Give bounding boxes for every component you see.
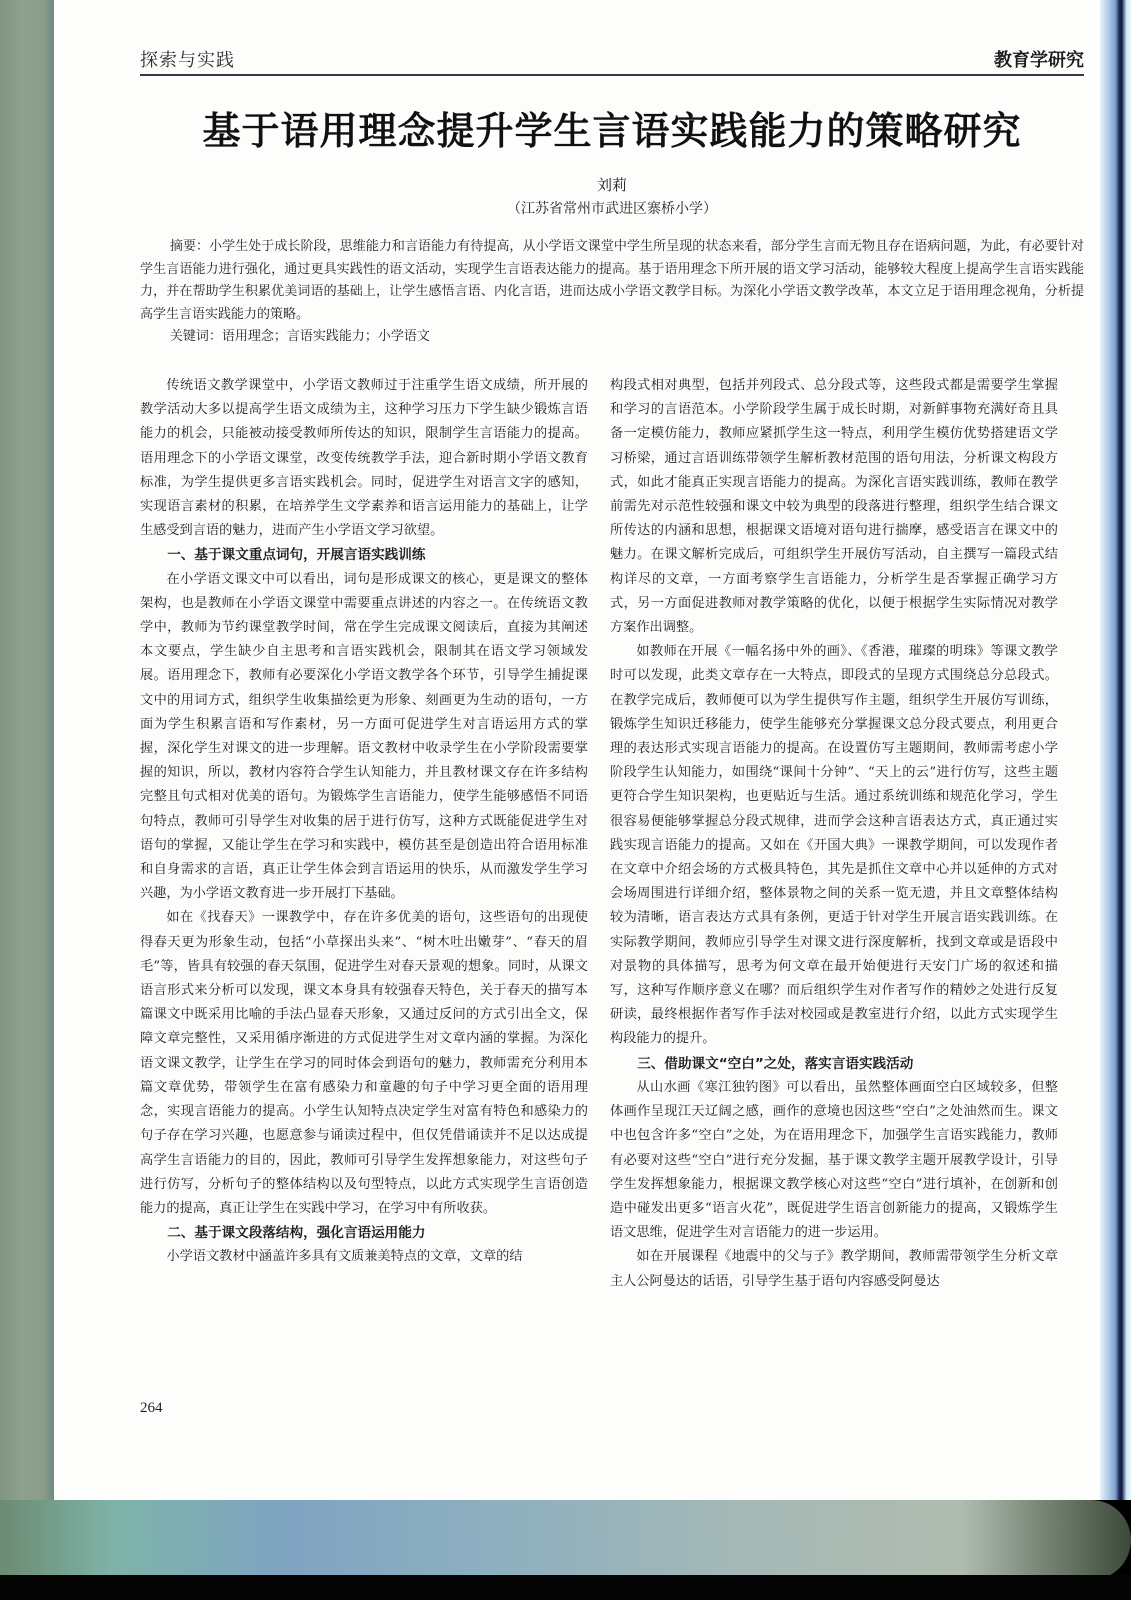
author-affiliation: （江苏省常州市武进区寨桥小学） <box>140 198 1084 218</box>
section-heading-2: 二、基于课文段落结构，强化言语运用能力 <box>140 1221 588 1245</box>
abstract-text: 摘要：小学生处于成长阶段，思维能力和言语能力有待提高，从小学语文课堂中学生所呈现… <box>140 236 1084 326</box>
scan-border-bottom <box>0 1500 1131 1580</box>
paragraph: 传统语文教学课堂中，小学语文教师过于注重学生语文成绩，所开展的教学活动大多以提高… <box>140 374 588 543</box>
journal-name: 教育学研究 <box>994 46 1084 72</box>
page-number: 264 <box>140 1400 163 1417</box>
section-name: 探索与实践 <box>140 46 235 72</box>
author-name: 刘莉 <box>140 174 1084 195</box>
article-title: 基于语用理念提升学生言语实践能力的策略研究 <box>140 100 1084 155</box>
paragraph: 如在《找春天》一课教学中，存在许多优美的语句，这些语句的出现使得春天更为形象生动… <box>140 906 588 1221</box>
paragraph: 如教师在开展《一幅名扬中外的画》、《香港，璀璨的明珠》等课文教学时可以发现，此类… <box>610 640 1058 1051</box>
paragraph-continued: 构段式相对典型，包括并列段式、总分段式等，这些段式都是需要学生掌握和学习的言语范… <box>610 374 1058 640</box>
abstract-block: 摘要：小学生处于成长阶段，思维能力和言语能力有待提高，从小学语文课堂中学生所呈现… <box>140 236 1084 349</box>
section-heading-3: 三、借助课文“空白”之处，落实言语实践活动 <box>610 1052 1058 1076</box>
paragraph: 小学语文教材中涵盖许多具有文质兼美特点的文章，文章的结 <box>140 1245 588 1269</box>
scan-border-right <box>1100 0 1131 1500</box>
section-heading-1: 一、基于课文重点词句，开展言语实践训练 <box>140 543 588 567</box>
running-header: 探索与实践 教育学研究 <box>140 46 1084 76</box>
keywords-text: 关键词：语用理念；言语实践能力；小学语文 <box>140 326 1084 349</box>
body-columns: 传统语文教学课堂中，小学语文教师过于注重学生语文成绩，所开展的教学活动大多以提高… <box>140 374 1084 1374</box>
right-column: 构段式相对典型，包括并列段式、总分段式等，这些段式都是需要学生掌握和学习的言语范… <box>610 374 1058 1294</box>
paragraph: 从山水画《寒江独钓图》可以看出，虽然整体画面空白区域较多，但整体画作呈现江天辽阔… <box>610 1076 1058 1245</box>
paragraph: 在小学语文课文中可以看出，词句是形成课文的核心，更是课文的整体架构，也是教师在小… <box>140 568 588 907</box>
scan-border-black <box>0 1575 1131 1600</box>
journal-page: 探索与实践 教育学研究 基于语用理念提升学生言语实践能力的策略研究 刘莉 （江苏… <box>54 0 1100 1500</box>
paragraph: 如在开展课程《地震中的父与子》教学期间，教师需带领学生分析文章主人公阿曼达的话语… <box>610 1245 1058 1293</box>
left-column: 传统语文教学课堂中，小学语文教师过于注重学生语文成绩，所开展的教学活动大多以提高… <box>140 374 588 1270</box>
scan-border-left <box>0 0 54 1500</box>
